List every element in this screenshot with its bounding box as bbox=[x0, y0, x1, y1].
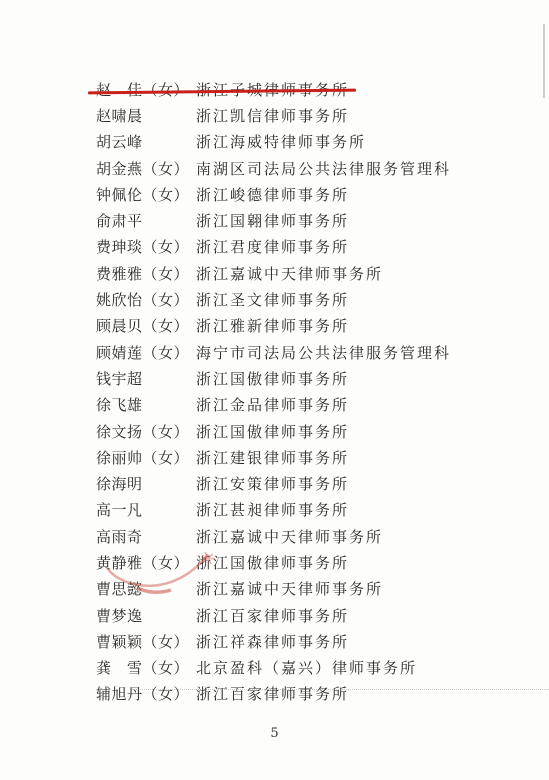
person-name: 胡云峰 bbox=[96, 131, 196, 152]
person-name: 曹梦逸 bbox=[96, 605, 196, 626]
organization-name: 浙江甚昶律师事务所 bbox=[196, 499, 349, 520]
person-name: 胡金燕（女） bbox=[96, 158, 196, 179]
person-name: 徐丽帅（女） bbox=[96, 447, 196, 468]
person-name: 龚 雪（女） bbox=[96, 657, 196, 678]
person-name: 黄静雅（女） bbox=[96, 552, 196, 573]
organization-name: 浙江君度律师事务所 bbox=[196, 236, 349, 257]
directory-row: 赵啸晨 浙江凯信律师事务所 bbox=[96, 102, 549, 128]
person-name: 赵 佳（女） bbox=[96, 79, 196, 100]
organization-name: 浙江建银律师事务所 bbox=[196, 447, 349, 468]
directory-row: 徐海明 浙江安策律师事务所 bbox=[96, 470, 549, 496]
scan-artifact-line bbox=[130, 689, 549, 690]
directory-row: 姚欣怡（女） 浙江圣文律师事务所 bbox=[96, 286, 549, 312]
person-name: 曹思懿 bbox=[96, 578, 196, 599]
directory-row: 黄静雅（女） 浙江国傲律师事务所 bbox=[96, 549, 549, 575]
directory-row: 费雅雅（女） 浙江嘉诚中天律师事务所 bbox=[96, 260, 549, 286]
organization-name: 浙江国傲律师事务所 bbox=[196, 368, 349, 389]
person-name: 徐海明 bbox=[96, 473, 196, 494]
organization-name: 浙江祥森律师事务所 bbox=[196, 631, 349, 652]
lawyer-directory-list: 赵 佳（女） 浙江子城律师事务所 赵啸晨 浙江凯信律师事务所 胡云峰 浙江海威特… bbox=[96, 76, 549, 707]
organization-name: 浙江百家律师事务所 bbox=[196, 605, 349, 626]
person-name: 费雅雅（女） bbox=[96, 263, 196, 284]
organization-name: 浙江国傲律师事务所 bbox=[196, 552, 349, 573]
organization-name: 浙江海威特律师事务所 bbox=[196, 131, 366, 152]
organization-name: 浙江圣文律师事务所 bbox=[196, 289, 349, 310]
person-name: 顾婧莲（女） bbox=[96, 342, 196, 363]
directory-row: 徐文扬（女） 浙江国傲律师事务所 bbox=[96, 418, 549, 444]
person-name: 钟佩伦（女） bbox=[96, 184, 196, 205]
organization-name: 浙江嘉诚中天律师事务所 bbox=[196, 263, 383, 284]
directory-row: 曹思懿 浙江嘉诚中天律师事务所 bbox=[96, 576, 549, 602]
directory-row: 钟佩伦（女） 浙江峻德律师事务所 bbox=[96, 181, 549, 207]
organization-name: 海宁市司法局公共法律服务管理科 bbox=[196, 342, 451, 363]
document-page: 赵 佳（女） 浙江子城律师事务所 赵啸晨 浙江凯信律师事务所 胡云峰 浙江海威特… bbox=[0, 0, 549, 780]
directory-row: 曹颖颖（女） 浙江祥森律师事务所 bbox=[96, 628, 549, 654]
organization-name: 浙江国傲律师事务所 bbox=[196, 421, 349, 442]
organization-name: 浙江百家律师事务所 bbox=[196, 683, 349, 704]
person-name: 徐飞雄 bbox=[96, 394, 196, 415]
directory-row: 曹梦逸 浙江百家律师事务所 bbox=[96, 602, 549, 628]
organization-name: 南湖区司法局公共法律服务管理科 bbox=[196, 158, 451, 179]
person-name: 俞肃平 bbox=[96, 210, 196, 231]
organization-name: 北京盈科（嘉兴）律师事务所 bbox=[196, 657, 417, 678]
person-name: 高一凡 bbox=[96, 499, 196, 520]
directory-row: 龚 雪（女） 北京盈科（嘉兴）律师事务所 bbox=[96, 655, 549, 681]
organization-name: 浙江凯信律师事务所 bbox=[196, 105, 349, 126]
directory-row: 钱宇超 浙江国傲律师事务所 bbox=[96, 365, 549, 391]
person-name: 徐文扬（女） bbox=[96, 421, 196, 442]
organization-name: 浙江国翱律师事务所 bbox=[196, 210, 349, 231]
page-number: 5 bbox=[0, 726, 549, 741]
directory-row: 胡云峰 浙江海威特律师事务所 bbox=[96, 129, 549, 155]
organization-name: 浙江峻德律师事务所 bbox=[196, 184, 349, 205]
person-name: 赵啸晨 bbox=[96, 105, 196, 126]
directory-row: 顾婧莲（女） 海宁市司法局公共法律服务管理科 bbox=[96, 339, 549, 365]
organization-name: 浙江嘉诚中天律师事务所 bbox=[196, 526, 383, 547]
organization-name: 浙江雅新律师事务所 bbox=[196, 315, 349, 336]
directory-row: 徐丽帅（女） 浙江建银律师事务所 bbox=[96, 444, 549, 470]
directory-row: 辅旭丹（女） 浙江百家律师事务所 bbox=[96, 681, 549, 707]
person-name: 顾晨贝（女） bbox=[96, 315, 196, 336]
directory-row: 顾晨贝（女） 浙江雅新律师事务所 bbox=[96, 313, 549, 339]
organization-name: 浙江嘉诚中天律师事务所 bbox=[196, 578, 383, 599]
person-name: 高雨奇 bbox=[96, 526, 196, 547]
person-name: 曹颖颖（女） bbox=[96, 631, 196, 652]
person-name: 辅旭丹（女） bbox=[96, 683, 196, 704]
scan-edge-line bbox=[543, 24, 545, 98]
directory-row: 高一凡 浙江甚昶律师事务所 bbox=[96, 497, 549, 523]
person-name: 钱宇超 bbox=[96, 368, 196, 389]
directory-row: 徐飞雄 浙江金品律师事务所 bbox=[96, 392, 549, 418]
organization-name: 浙江金品律师事务所 bbox=[196, 394, 349, 415]
directory-row: 胡金燕（女） 南湖区司法局公共法律服务管理科 bbox=[96, 155, 549, 181]
person-name: 费珅琰（女） bbox=[96, 236, 196, 257]
person-name: 姚欣怡（女） bbox=[96, 289, 196, 310]
organization-name: 浙江安策律师事务所 bbox=[196, 473, 349, 494]
directory-row: 俞肃平 浙江国翱律师事务所 bbox=[96, 207, 549, 233]
directory-row: 费珅琰（女） 浙江君度律师事务所 bbox=[96, 234, 549, 260]
directory-row: 高雨奇 浙江嘉诚中天律师事务所 bbox=[96, 523, 549, 549]
